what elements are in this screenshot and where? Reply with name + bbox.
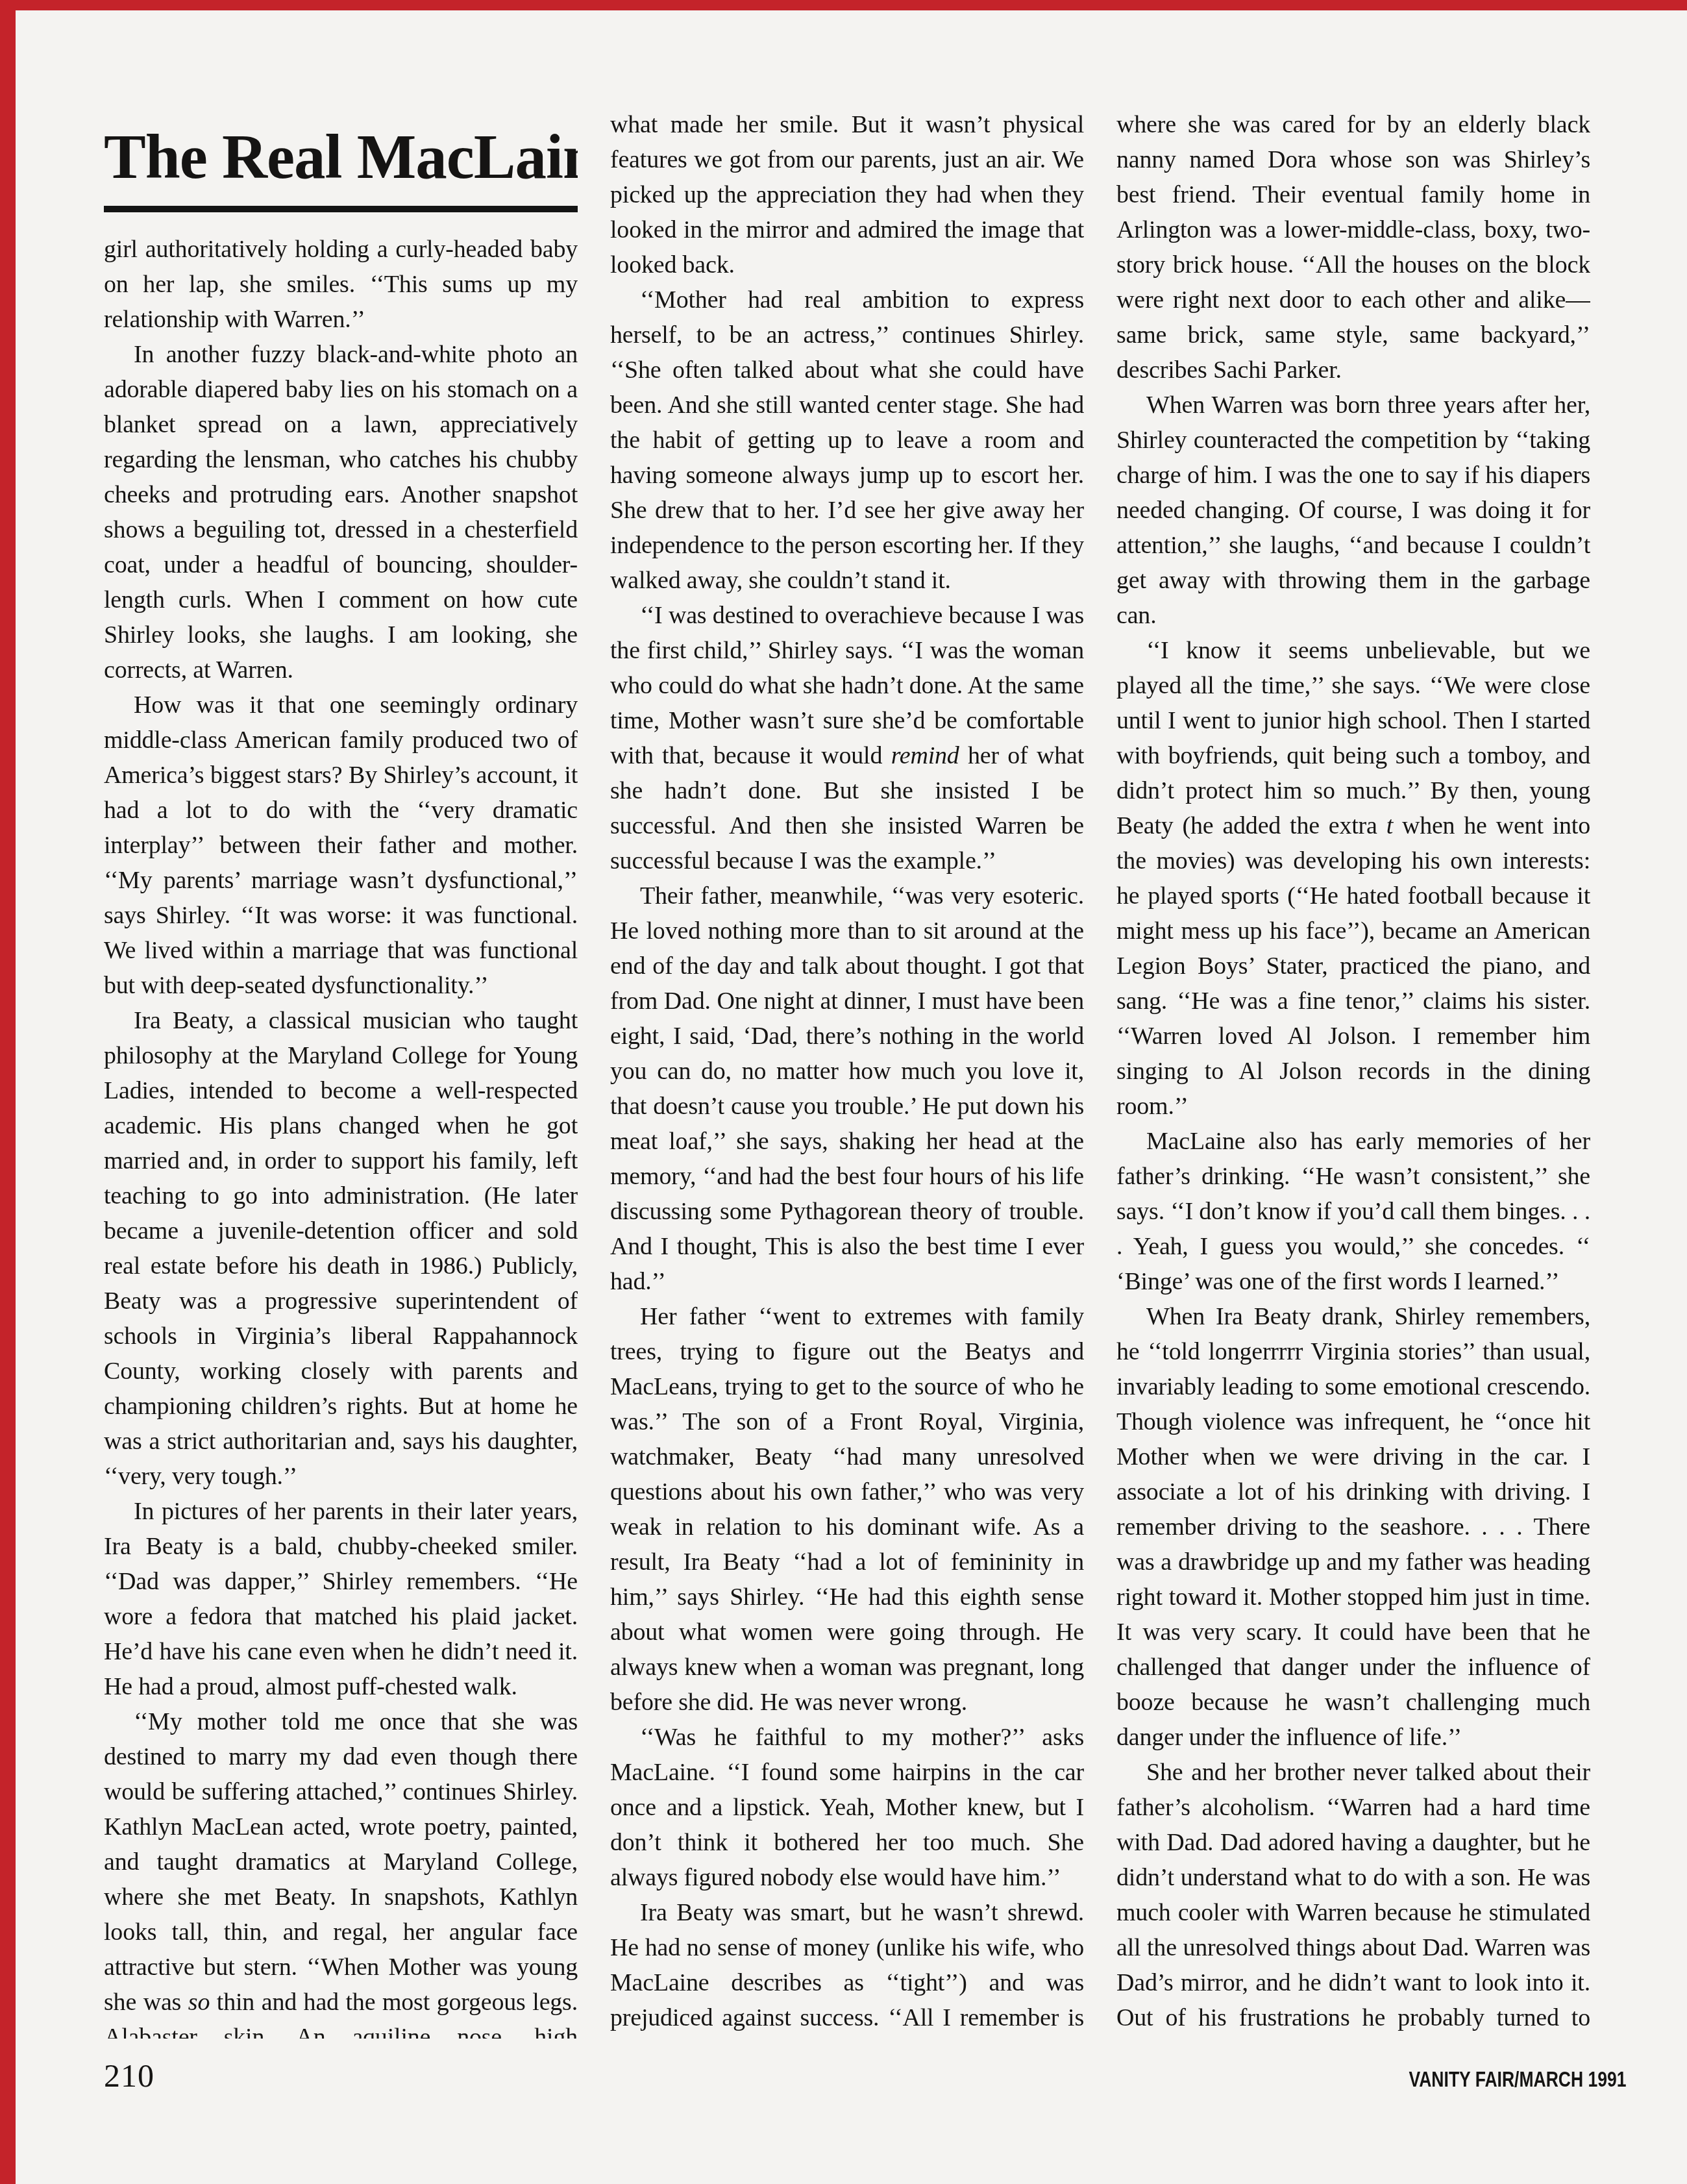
article-column-1: The Real MacLaine girl authoritatively h… — [104, 107, 578, 2039]
column-1-text: girl authoritatively holding a curly-hea… — [104, 232, 578, 2039]
paragraph: Ira Beaty was smart, but he wasn’t shrew… — [610, 1895, 1084, 2039]
paragraph: Her father ‘‘went to extremes with famil… — [610, 1299, 1084, 1720]
red-top-edge — [0, 0, 1687, 10]
paragraph: ‘‘Mother had real ambition to express he… — [610, 282, 1084, 598]
article-column-2: what made her smile. But it wasn’t physi… — [610, 107, 1084, 2039]
paragraph: ‘‘I know it seems unbelievable, but we p… — [1116, 633, 1590, 1124]
magazine-footer: VANITY FAIR/MARCH 1991 — [1409, 2067, 1626, 2092]
paragraph: How was it that one seemingly ordinary m… — [104, 688, 578, 1003]
paragraph: In another fuzzy black-and-white photo a… — [104, 337, 578, 688]
paragraph: When Warren was born three years after h… — [1116, 388, 1590, 633]
page-number: 210 — [104, 2057, 154, 2094]
paragraph: In pictures of her parents in their late… — [104, 1494, 578, 1704]
paragraph: MacLaine also has early memories of her … — [1116, 1124, 1590, 1299]
column-3-text: where she was cared for by an elderly bl… — [1116, 107, 1590, 2039]
red-left-edge — [0, 0, 16, 2184]
article-title-block: The Real MacLaine — [104, 124, 578, 212]
paragraph: ‘‘Was he faithful to my mother?’’ asks M… — [610, 1720, 1084, 1895]
paragraph: Their father, meanwhile, ‘‘was very esot… — [610, 878, 1084, 1299]
paragraph: where she was cared for by an elderly bl… — [1116, 107, 1590, 388]
article-title: The Real MacLaine — [104, 124, 578, 190]
paragraph: When Ira Beaty drank, Shirley remembers,… — [1116, 1299, 1590, 1755]
paragraph: girl authoritatively holding a curly-hea… — [104, 232, 578, 337]
paragraph: She and her brother never talked about t… — [1116, 1755, 1590, 2039]
page-footer: 210 VANITY FAIR/MARCH 1991 — [104, 2057, 1626, 2109]
title-rule — [104, 206, 578, 212]
paragraph: ‘‘My mother told me once that she was de… — [104, 1704, 578, 2039]
article-column-3: where she was cared for by an elderly bl… — [1116, 107, 1590, 2039]
article-columns: The Real MacLaine girl authoritatively h… — [104, 107, 1590, 2039]
paragraph: ‘‘I was destined to overachieve because … — [610, 598, 1084, 878]
column-2-text: what made her smile. But it wasn’t physi… — [610, 107, 1084, 2039]
magazine-page: The Real MacLaine girl authoritatively h… — [0, 0, 1687, 2184]
paragraph: Ira Beaty, a classical musician who taug… — [104, 1003, 578, 1494]
paragraph: what made her smile. But it wasn’t physi… — [610, 107, 1084, 282]
